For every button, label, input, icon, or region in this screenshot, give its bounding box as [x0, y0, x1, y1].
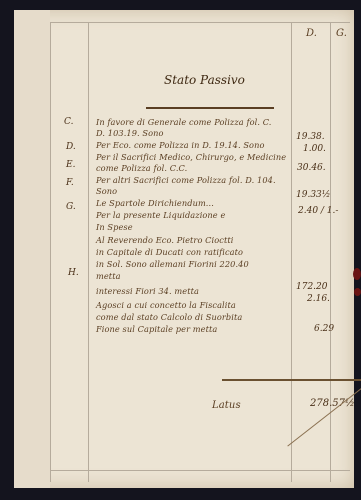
- total-label: Latus: [212, 400, 241, 411]
- top-rule: [50, 22, 350, 23]
- entry-line: In favore di Generale come Polizza fol. …: [96, 117, 272, 127]
- entry-amount: 2.16.: [307, 294, 330, 304]
- entry-amount: 6.29: [314, 324, 334, 334]
- entry-marker: F.: [66, 178, 74, 188]
- entry-line: D. 103.19. Sono: [96, 128, 164, 138]
- entry-line: Per il Sacrifici Medico, Chirurgo, e Med…: [96, 152, 286, 162]
- closing-diagonal-stroke: [287, 378, 361, 447]
- entry-marker: C.: [64, 117, 73, 127]
- title-underline: [146, 107, 274, 109]
- entry-line: Fione sul Capitale per metta: [96, 324, 217, 334]
- entry-amount: 2.40 / 1.-: [298, 206, 338, 216]
- entry-amount: 19.33½: [296, 190, 331, 200]
- total-rule: [222, 379, 361, 381]
- binding-strip: [14, 10, 50, 488]
- entry-line: Agosci a cui concetto la Fiscalita: [96, 300, 236, 310]
- entry-marker: E.: [66, 160, 75, 170]
- entry-line: in Capitale di Ducati con ratificato: [96, 247, 243, 257]
- entry-amount: 172.20: [296, 282, 328, 292]
- total-amount: 278.57½: [310, 398, 355, 409]
- entry-amount: 19.38.: [296, 132, 325, 142]
- entry-marker: D.: [66, 142, 76, 152]
- wax-stain: [353, 268, 361, 280]
- wax-stain: [354, 288, 361, 296]
- entry-line: interessi Fiori 34. metta: [96, 286, 199, 296]
- entry-amount: 1.00.: [303, 144, 326, 154]
- entry-line: Sono: [96, 186, 117, 196]
- entry-marker: H.: [68, 268, 79, 278]
- margin-rule: [50, 22, 51, 482]
- entry-line: in Sol. Sono allemani Fiorini 220.40: [96, 259, 249, 269]
- bottom-rule: [50, 470, 350, 471]
- entry-line: Le Spartole Dirichiendum...: [96, 198, 214, 208]
- entry-amount: 30.46.: [297, 163, 326, 173]
- entry-line: Al Reverendo Eco. Pietro Cioctti: [96, 235, 233, 245]
- entry-line: Per Eco. come Polizza in D. 19.14. Sono: [96, 140, 265, 150]
- col-header-ducats: D.: [306, 28, 317, 39]
- entry-line: Per altri Sacrifici come Polizza fol. D.…: [96, 175, 276, 185]
- page-title: Stato Passivo: [164, 73, 245, 87]
- entry-line: come Polizza fol. C.C.: [96, 163, 187, 173]
- entry-line: Per la presente Liquidazione e: [96, 210, 225, 220]
- marker-column-rule: [88, 22, 89, 482]
- entry-line: metta: [96, 271, 121, 281]
- ledger-page: D. G. Stato Passivo C. In favore di Gene…: [14, 10, 354, 488]
- entry-line: come dal stato Calcolo di Suorbita: [96, 312, 242, 322]
- entry-marker: G.: [66, 202, 76, 212]
- ducats-column-rule: [291, 22, 292, 482]
- col-header-grana: G.: [336, 28, 347, 39]
- entry-line: In Spese: [96, 222, 133, 232]
